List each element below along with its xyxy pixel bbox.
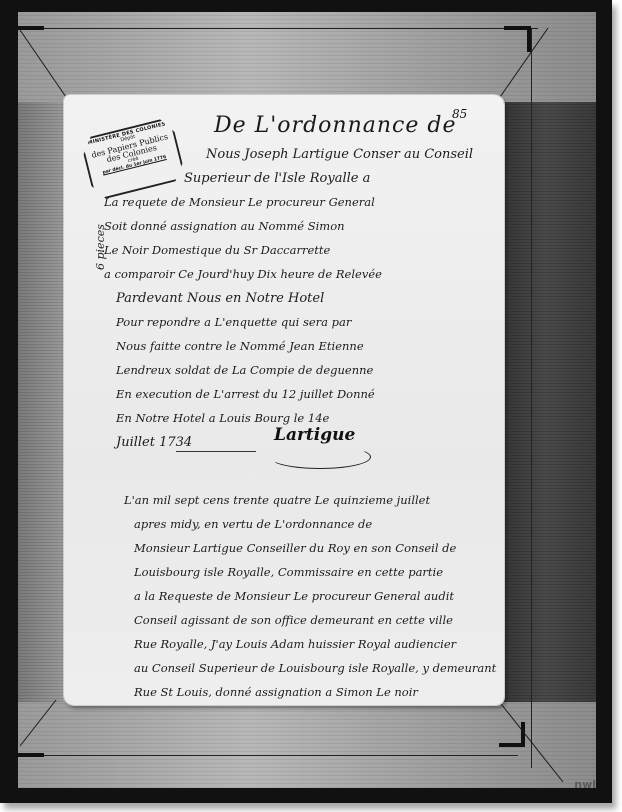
upper-text-line: En Notre Hotel a Louis Bourg le 14e xyxy=(116,411,329,425)
lower-text-line: au Conseil Superieur de Louisbourg isle … xyxy=(134,661,496,675)
upper-text-line: Nous faitte contre le Nommé Jean Etienne xyxy=(116,339,364,353)
lower-text-line: a la Requeste de Monsieur Le procureur G… xyxy=(134,589,454,603)
margin-note: 6 pieces xyxy=(94,224,107,270)
upper-text-line: Le Noir Domestique du Sr Daccarrette xyxy=(104,243,330,257)
signature-flourish xyxy=(269,445,371,469)
manuscript-page: 85 MINISTÈRE DES COLONIES Dépôt des Papi… xyxy=(64,95,504,705)
scan-frame: 85 MINISTÈRE DES COLONIES Dépôt des Papi… xyxy=(0,0,612,803)
lower-text-line: Conseil agissant de son office demeurant… xyxy=(134,613,453,627)
upper-text-line: Soit donné assignation au Nommé Simon xyxy=(104,219,345,233)
upper-text-line: Lendreux soldat de La Compie de deguenne xyxy=(116,363,373,377)
upper-text-line: Pour repondre a L'enquette qui sera par xyxy=(116,315,351,329)
lower-text-line: Louisbourg isle Royalle, Commissaire en … xyxy=(134,565,443,579)
upper-text-line: En execution de L'arrest du 12 juillet D… xyxy=(116,387,375,401)
date-underline xyxy=(176,451,256,452)
upper-text-line: Nous Joseph Lartigue Conser au Conseil xyxy=(206,147,473,162)
archive-stamp: MINISTÈRE DES COLONIES Dépôt des Papiers… xyxy=(80,117,187,202)
upper-text-line: Superieur de l'Isle Royalle a xyxy=(184,171,370,186)
watermark: nwl xyxy=(574,778,596,791)
lower-text-line: Rue St Louis, donné assignation a Simon … xyxy=(134,685,418,699)
lower-text-line: Monsieur Lartigue Conseiller du Roy en s… xyxy=(134,541,456,555)
date-line: Juillet 1734 xyxy=(116,435,192,450)
document-heading: De L'ordonnance de xyxy=(214,113,456,138)
upper-text-line: a comparoir Ce Jourd'huy Dix heure de Re… xyxy=(104,267,382,281)
lower-text-line: apres midy, en vertu de L'ordonnance de xyxy=(134,517,372,531)
upper-text-line: Pardevant Nous en Notre Hotel xyxy=(116,291,324,306)
upper-text-line: La requete de Monsieur Le procureur Gene… xyxy=(104,195,375,209)
lower-text-line: L'an mil sept cens trente quatre Le quin… xyxy=(124,493,430,507)
signature: Lartigue xyxy=(274,425,355,445)
lower-text-line: Rue Royalle, J'ay Louis Adam huissier Ro… xyxy=(134,637,456,651)
